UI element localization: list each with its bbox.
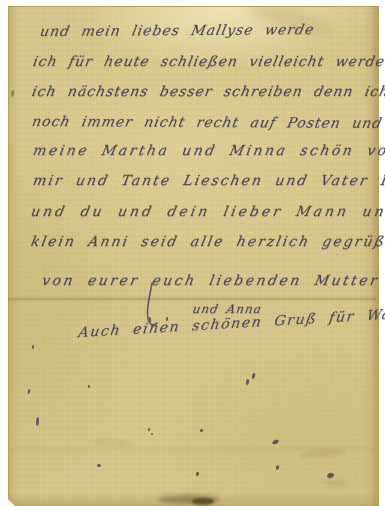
ink-speck xyxy=(166,317,169,321)
ink-speck xyxy=(246,379,250,385)
ink-speck xyxy=(275,465,279,471)
ink-speck xyxy=(320,479,350,488)
ink-speck xyxy=(97,464,101,468)
ink-speck xyxy=(200,429,203,432)
ink-speck xyxy=(95,439,131,447)
ink-speck xyxy=(251,373,256,380)
bottom-edge-smudge-core xyxy=(192,498,214,505)
ink-speck xyxy=(196,472,200,477)
ink-speck xyxy=(151,433,153,435)
ink-speck xyxy=(300,448,346,460)
ink-speck xyxy=(27,389,30,394)
ink-speck xyxy=(148,428,150,431)
ink-speck xyxy=(88,385,90,388)
specks-layer xyxy=(0,0,385,506)
ink-speck xyxy=(326,472,334,479)
ink-speck xyxy=(11,90,15,97)
ink-speck xyxy=(149,317,152,322)
scan-background: und mein liebes Mallyse werde ich für he… xyxy=(0,0,385,506)
ink-speck xyxy=(36,417,40,426)
ink-speck xyxy=(271,439,279,446)
ink-speck xyxy=(32,345,34,349)
